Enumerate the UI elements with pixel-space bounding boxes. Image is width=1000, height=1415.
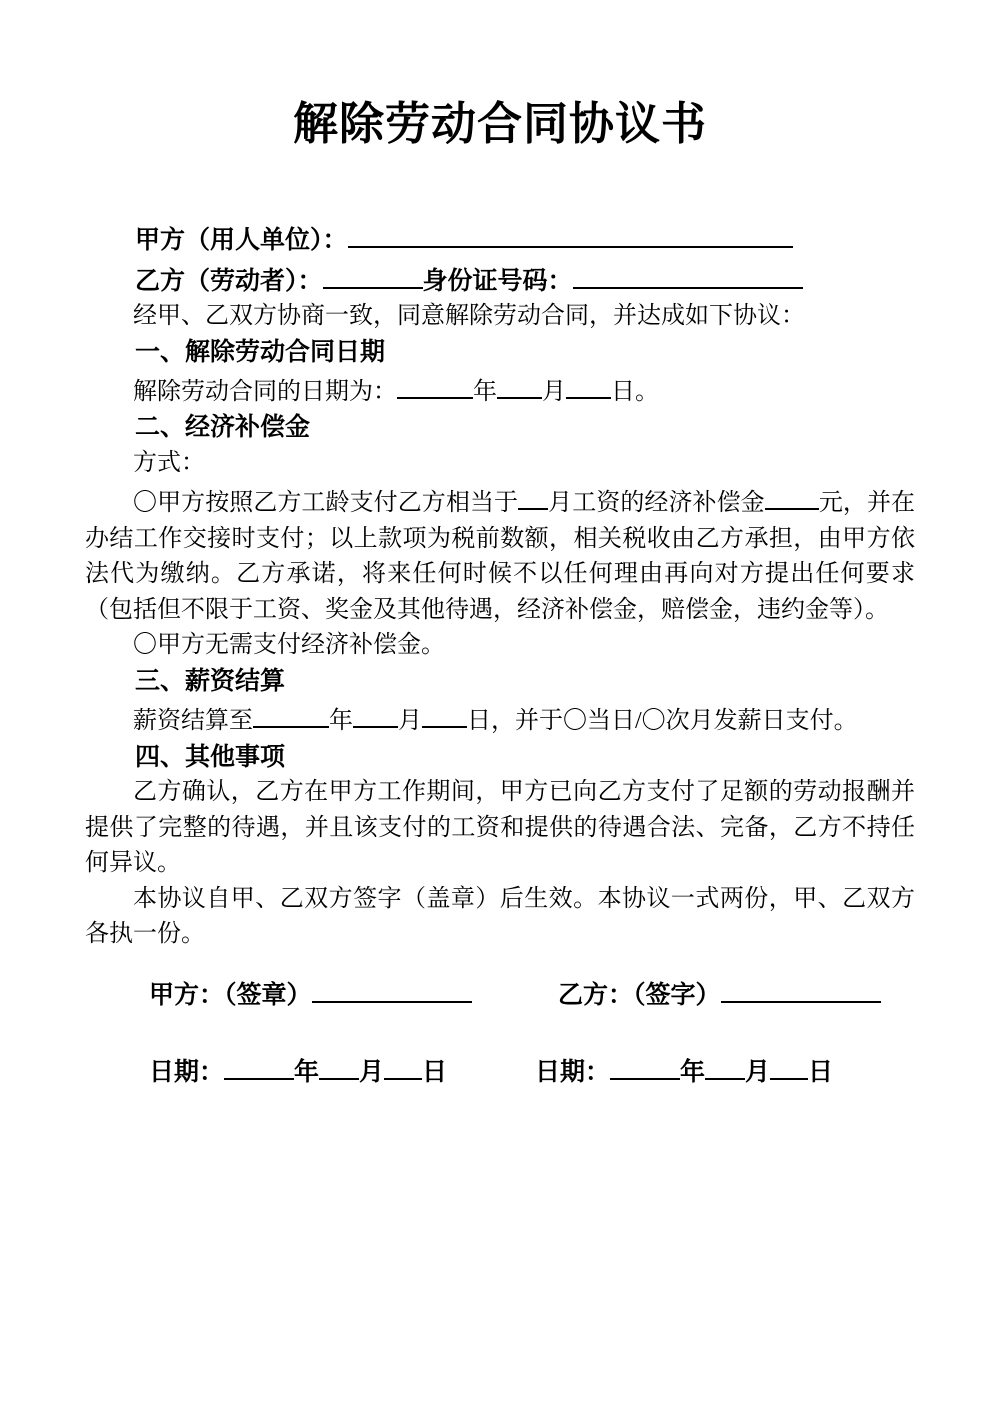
salary-year-blank-field xyxy=(253,699,329,728)
termination-year-blank-field xyxy=(397,370,473,399)
document-page: 解除劳动合同协议书 甲方（用人单位）： 乙方（劳动者）：身份证号码： 经甲、乙双… xyxy=(0,0,1000,1415)
party-b-signature: 乙方：（签字） xyxy=(558,973,915,1013)
section-2-heading: 二、经济补偿金 xyxy=(85,410,915,446)
section-1-heading: 一、解除劳动合同日期 xyxy=(85,335,915,371)
party-a-label: 甲方（用人单位）： xyxy=(135,226,348,254)
party-a-date: 日期：年月日 xyxy=(85,1050,535,1090)
compensation-text-after-months: 月工资的经济补偿金 xyxy=(548,490,765,516)
other-matters-paragraph-1: 乙方确认，乙方在甲方工作期间，甲方已向乙方支付了足额的劳动报酬并提供了完整的待遇… xyxy=(85,775,915,882)
date-label: 日期： xyxy=(535,1058,610,1086)
party-a-signature: 甲方：（签章） xyxy=(85,973,558,1013)
amount-blank-field xyxy=(765,481,819,510)
date-day-blank-field xyxy=(384,1050,422,1080)
year-label: 年 xyxy=(473,379,497,405)
signature-row: 甲方：（签章） 乙方：（签字） xyxy=(85,973,915,1013)
id-number-label: 身份证号码： xyxy=(423,267,573,295)
document-title: 解除劳动合同协议书 xyxy=(85,98,915,150)
date-day-blank-field xyxy=(770,1050,808,1080)
party-a-signature-blank-field xyxy=(312,973,472,1003)
months-blank-field xyxy=(518,481,548,510)
year-label: 年 xyxy=(329,708,353,734)
party-b-label: 乙方（劳动者）： xyxy=(135,267,323,295)
termination-date-line: 解除劳动合同的日期为：年月日。 xyxy=(85,370,915,410)
month-label: 月 xyxy=(542,379,566,405)
party-b-sign-label: 乙方：（签字） xyxy=(558,981,721,1009)
date-month-blank-field xyxy=(705,1050,745,1080)
year-label: 年 xyxy=(294,1058,319,1086)
day-label: 日 xyxy=(808,1058,833,1086)
day-label: 日。 xyxy=(611,379,659,405)
month-label: 月 xyxy=(398,708,422,734)
salary-settlement-line: 薪资结算至年月日，并于〇当日/〇次月发薪日支付。 xyxy=(85,699,915,739)
intro-paragraph: 经甲、乙双方协商一致，同意解除劳动合同，并达成如下协议： xyxy=(85,299,915,335)
other-matters-paragraph-2: 本协议自甲、乙双方签字（盖章）后生效。本协议一式两份，甲、乙双方各执一份。 xyxy=(85,882,915,953)
party-b-line: 乙方（劳动者）：身份证号码： xyxy=(85,259,915,300)
termination-date-prefix: 解除劳动合同的日期为： xyxy=(133,379,397,405)
option-circle-icon: 〇 xyxy=(133,632,157,658)
party-b-name-blank-field xyxy=(323,259,423,289)
termination-day-blank-field xyxy=(566,370,611,399)
date-year-blank-field xyxy=(224,1050,294,1080)
compensation-option-2: 〇甲方无需支付经济补偿金。 xyxy=(85,628,915,664)
party-a-sign-label: 甲方：（签章） xyxy=(149,981,312,1009)
compensation-option-1: 〇甲方按照乙方工龄支付乙方相当于月工资的经济补偿金元，并在办结工作交接时支付；以… xyxy=(85,481,915,628)
party-a-blank-field xyxy=(348,218,793,248)
salary-month-blank-field xyxy=(353,699,398,728)
id-number-blank-field xyxy=(573,259,803,289)
signature-date-row: 日期：年月日 日期：年月日 xyxy=(85,1050,915,1090)
date-month-blank-field xyxy=(319,1050,359,1080)
date-label: 日期： xyxy=(149,1058,224,1086)
date-year-blank-field xyxy=(610,1050,680,1080)
compensation-text-before-months: 甲方按照乙方工龄支付乙方相当于 xyxy=(157,490,518,516)
party-b-date: 日期：年月日 xyxy=(535,1050,915,1090)
pay-same-day-option: 〇当日/ xyxy=(563,708,642,734)
termination-month-blank-field xyxy=(497,370,542,399)
salary-settlement-prefix: 薪资结算至 xyxy=(133,708,253,734)
month-label: 月 xyxy=(745,1058,770,1086)
year-label: 年 xyxy=(680,1058,705,1086)
day-label: 日 xyxy=(422,1058,447,1086)
salary-day-suffix: 日，并于 xyxy=(467,708,563,734)
salary-day-blank-field xyxy=(422,699,467,728)
party-a-line: 甲方（用人单位）： xyxy=(85,218,915,259)
document-body: 甲方（用人单位）： 乙方（劳动者）：身份证号码： 经甲、乙双方协商一致，同意解除… xyxy=(85,218,915,953)
pay-next-month-option: 〇次月发薪日支付。 xyxy=(642,708,858,734)
option-circle-icon: 〇 xyxy=(133,490,157,516)
no-compensation-text: 甲方无需支付经济补偿金。 xyxy=(157,632,445,658)
document-content: 解除劳动合同协议书 甲方（用人单位）： 乙方（劳动者）：身份证号码： 经甲、乙双… xyxy=(0,98,1000,1090)
section-3-heading: 三、薪资结算 xyxy=(85,664,915,700)
party-b-signature-blank-field xyxy=(721,973,881,1003)
signature-block: 甲方：（签章） 乙方：（签字） 日期：年月日 日期：年月日 xyxy=(85,973,915,1090)
compensation-mode-label: 方式： xyxy=(85,446,915,482)
month-label: 月 xyxy=(359,1058,384,1086)
section-4-heading: 四、其他事项 xyxy=(85,740,915,776)
